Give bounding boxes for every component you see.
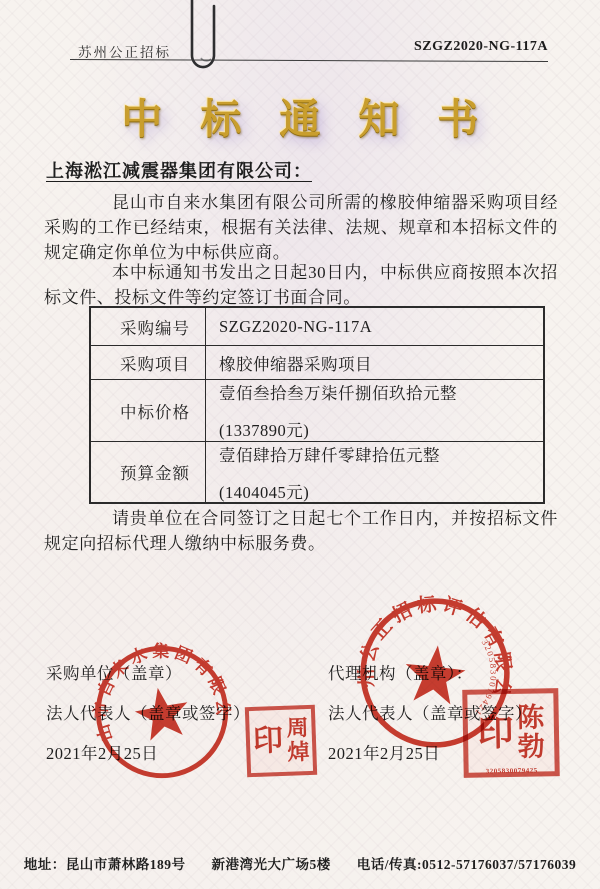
row-value-numeric: (1337890元)	[219, 417, 535, 441]
header-org-label: 苏州公正招标	[78, 41, 171, 61]
seal-char-yin: 印	[252, 726, 283, 757]
footer-address: 地址：昆山市萧林路189号	[24, 853, 186, 873]
agency-personal-seal: 印 陈 勃 3205830079425	[462, 688, 560, 778]
seal-char-surname: 周	[286, 717, 309, 740]
table-row-budget-amount: 预算金额 壹佰肆拾万肆仟零肆拾伍元整 (1404045元)	[91, 442, 543, 502]
seal-char-given: 焯	[287, 741, 310, 764]
paragraph-contract-deadline: 本中标通知书发出之日起30日内，中标供应商按照本次招标文件、投标文件等约定签订书…	[44, 260, 558, 310]
seal-char-yin: 印	[477, 715, 514, 752]
row-value-numeric: (1404045元)	[219, 479, 535, 503]
row-value-words: 壹佰肆拾万肆仟零肆拾伍元整	[219, 442, 535, 466]
row-value: 橡胶伸缩器采购项目	[219, 351, 535, 375]
purchaser-date: 2021年2月25日	[46, 740, 250, 764]
paragraph-service-fee: 请贵单位在合同签订之日起七个工作日内，并按招标文件规定向招标代理人缴纳中标服务费…	[44, 506, 558, 556]
seal-char-given: 勃	[518, 733, 545, 760]
seal-char-surname: 陈	[517, 704, 544, 731]
row-label: 采购编号	[91, 308, 206, 345]
footer-building: 新港湾光大广场5楼	[212, 853, 331, 873]
row-value-words: 壹佰叁拾叁万柒仟捌佰玖拾元整	[219, 380, 535, 404]
purchaser-rep-label: 法人代表人（盖章或签字）	[46, 700, 250, 724]
document-page: 苏州公正招标 SZGZ2020-NG-117A 中标通知书 上海淞江减震器集团有…	[0, 0, 600, 889]
seal-regno: 3205830079425	[469, 766, 555, 775]
table-row-procurement-no: 采购编号 SZGZ2020-NG-117A	[91, 308, 543, 346]
row-value: SZGZ2020-NG-117A	[219, 317, 535, 337]
row-label: 采购项目	[91, 346, 206, 379]
paragraph-award-notice: 昆山市自来水集团有限公司所需的橡胶伸缩器采购项目经采购的工作已经结束，根据有关法…	[44, 190, 558, 265]
purchaser-signature-block: 采购单位（盖章） 法人代表人（盖章或签字） 2021年2月25日	[46, 660, 250, 780]
addressee-line: 上海淞江减震器集团有限公司：	[46, 157, 312, 183]
footer-phone: 电话/传真:0512-57176037/57176039	[357, 853, 577, 873]
purchaser-personal-seal: 印 周 焯	[245, 705, 317, 777]
agency-seal-label: 代理机构（盖章）：	[328, 660, 532, 684]
table-row-procurement-project: 采购项目 橡胶伸缩器采购项目	[91, 346, 543, 380]
award-info-table: 采购编号 SZGZ2020-NG-117A 采购项目 橡胶伸缩器采购项目 中标价…	[89, 306, 545, 504]
purchaser-seal-label: 采购单位（盖章）	[46, 660, 250, 684]
page-title: 中标通知书	[0, 86, 600, 145]
table-row-winning-price: 中标价格 壹佰叁拾叁万柒仟捌佰玖拾元整 (1337890元)	[91, 380, 543, 442]
footer: 地址：昆山市萧林路189号 新港湾光大广场5楼 电话/传真:0512-57176…	[0, 853, 600, 873]
row-label: 中标价格	[91, 380, 206, 441]
row-label: 预算金额	[91, 442, 206, 502]
header-doc-number: SZGZ2020-NG-117A	[414, 39, 548, 55]
paperclip-icon	[178, 0, 230, 84]
